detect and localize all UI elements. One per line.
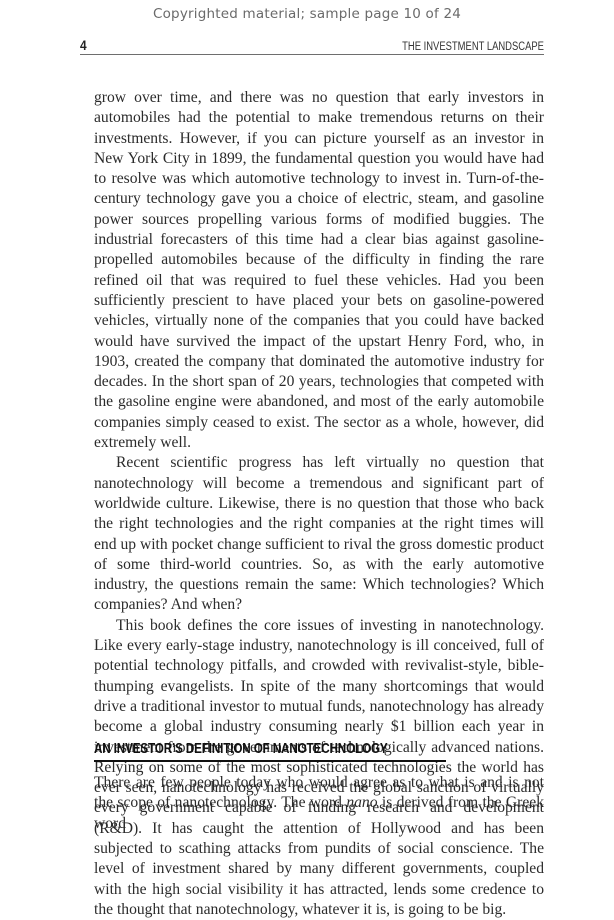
paragraph: Recent scientific progress has left virt… bbox=[94, 453, 544, 615]
page-number: 4 bbox=[80, 37, 87, 53]
copyright-watermark: Copyrighted material; sample page 10 of … bbox=[0, 6, 614, 22]
section-body: There are few people today who would agr… bbox=[94, 773, 544, 834]
section-heading-rule: AN INVESTOR’S DEFINITION OF NANOTECHNOLO… bbox=[94, 740, 446, 762]
italic-term: nano bbox=[346, 794, 377, 811]
running-title: THE INVESTMENT LANDSCAPE bbox=[402, 41, 544, 53]
running-header: 4 THE INVESTMENT LANDSCAPE bbox=[80, 37, 544, 55]
paragraph: There are few people today who would agr… bbox=[94, 773, 544, 834]
section-heading: AN INVESTOR’S DEFINITION OF NANOTECHNOLO… bbox=[94, 740, 388, 757]
paragraph-continued: grow over time, and there was no questio… bbox=[94, 88, 544, 453]
paragraph: This book defines the core issues of inv… bbox=[94, 616, 544, 920]
